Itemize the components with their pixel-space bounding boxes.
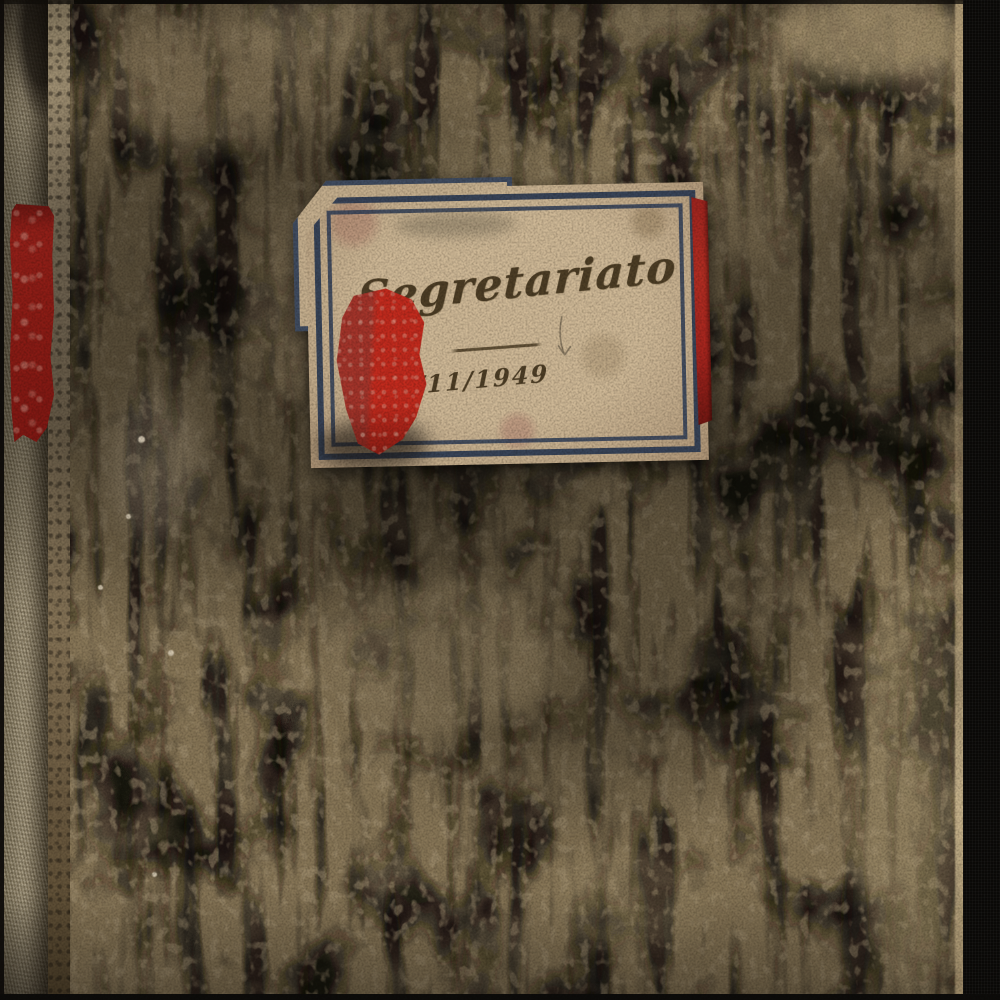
photo-of-notebook-cover: Segretariato 9/11/1949 bbox=[0, 0, 1000, 1000]
background-cloth bbox=[963, 0, 1000, 1000]
white-speck bbox=[126, 514, 131, 519]
left-edge bbox=[0, 0, 4, 1000]
white-speck bbox=[168, 650, 174, 656]
spine-red-label bbox=[10, 204, 54, 442]
title-label: Segretariato 9/11/1949 bbox=[305, 182, 709, 468]
bottom-edge bbox=[0, 994, 1000, 1000]
spine-shading bbox=[3, 0, 48, 1000]
top-edge bbox=[0, 0, 963, 4]
white-speck bbox=[152, 872, 157, 877]
white-speck bbox=[98, 585, 103, 590]
pencil-arrow-mark bbox=[554, 315, 575, 363]
white-speck bbox=[138, 436, 145, 443]
cover-texture bbox=[70, 4, 963, 996]
